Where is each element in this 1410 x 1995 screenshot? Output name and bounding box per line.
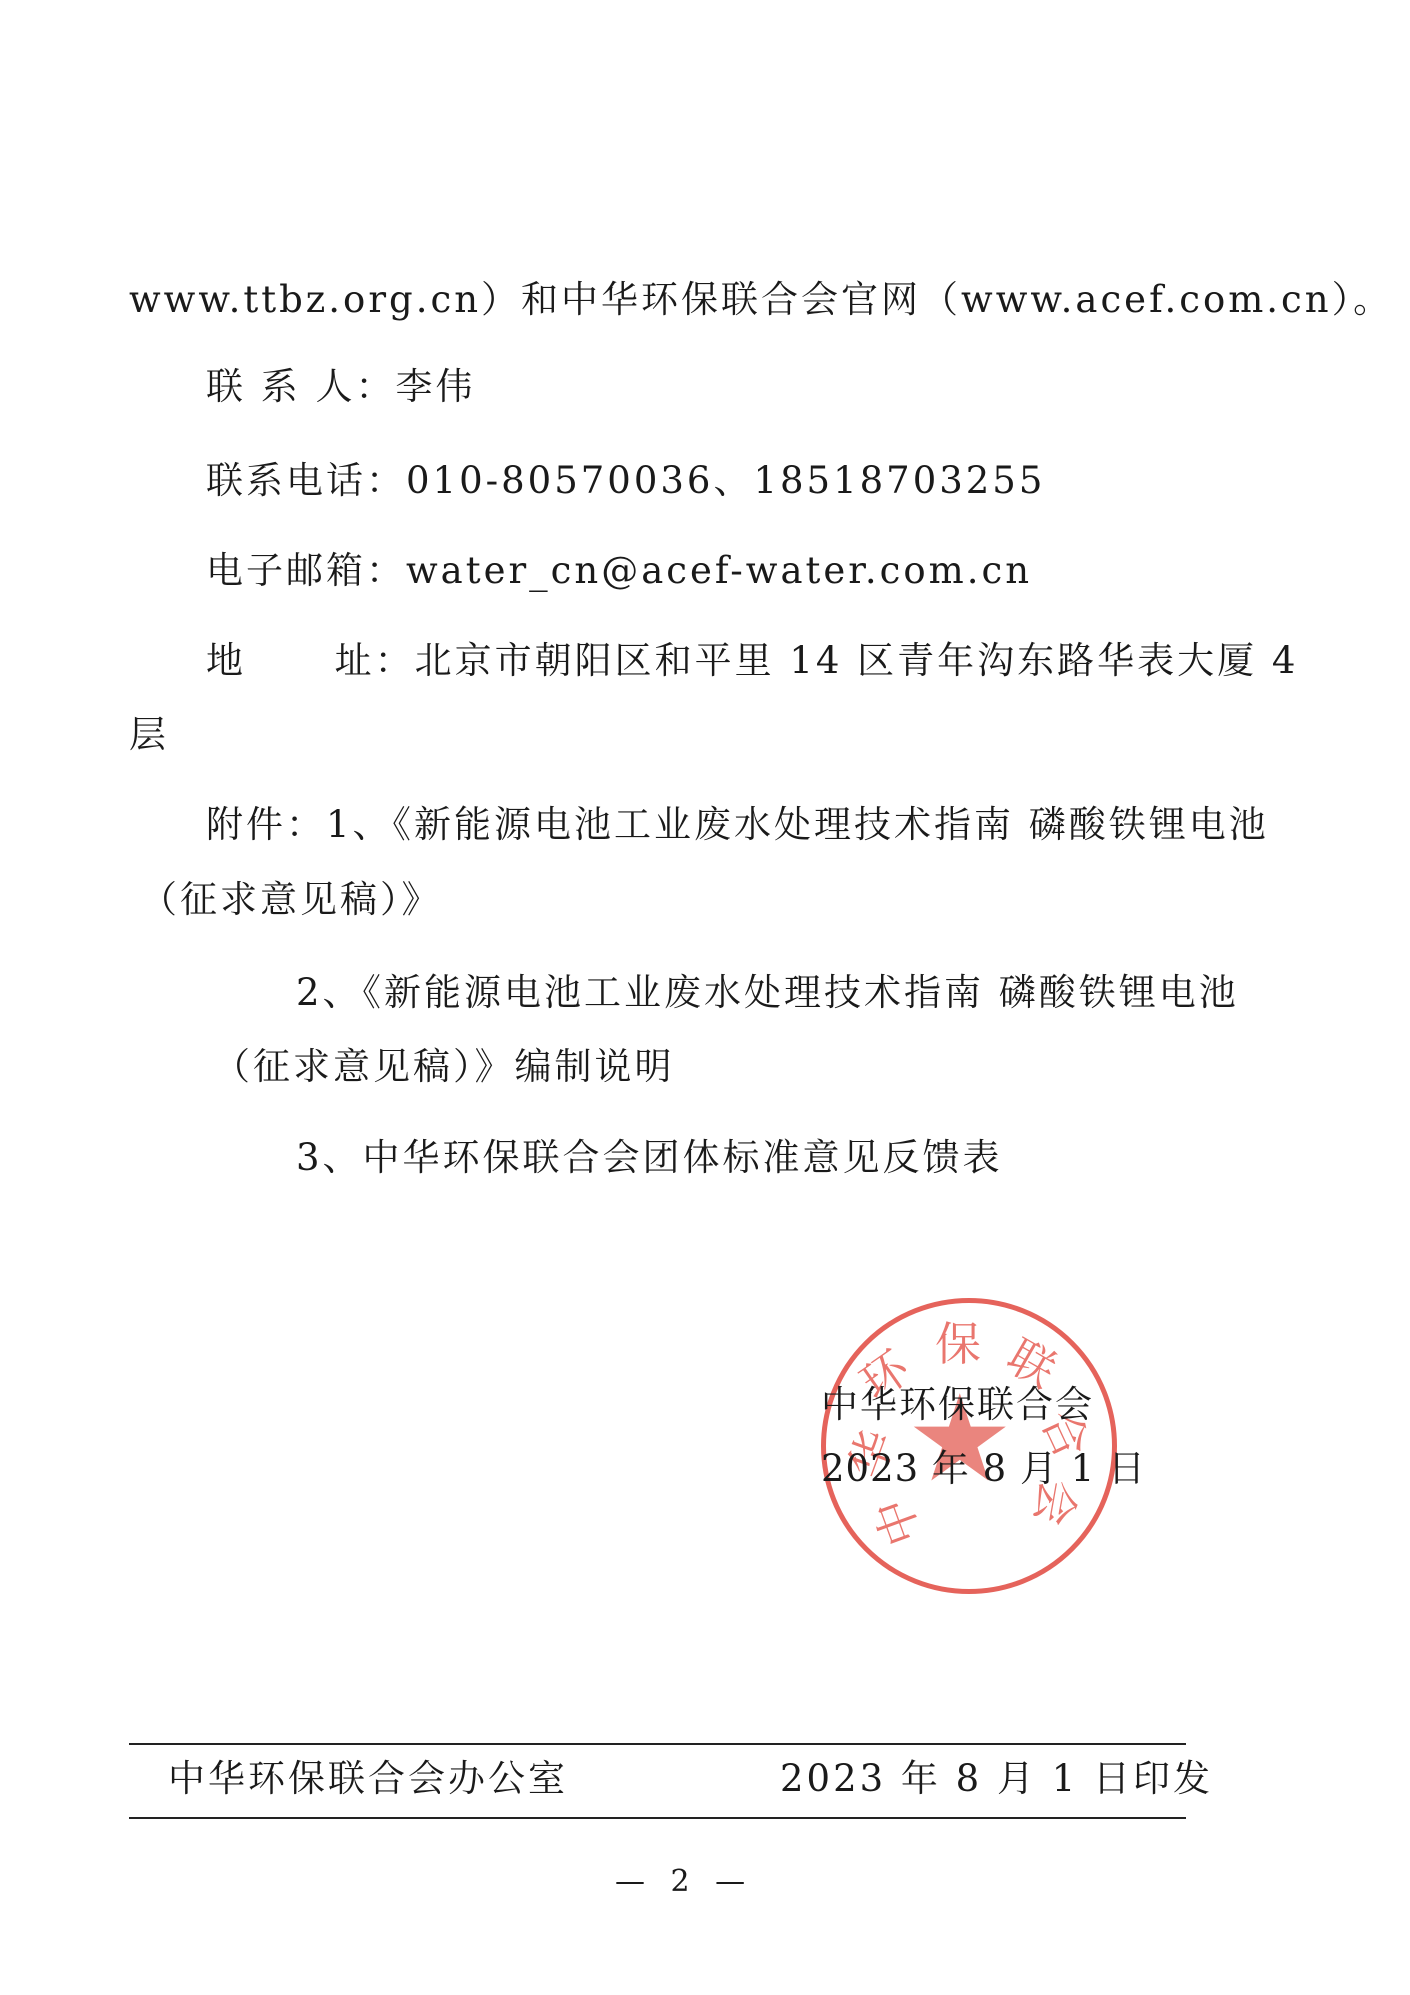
contact-phone: 联系电话：010-80570036、18518703255 [206,459,1045,503]
signature-date: 2023 年 8 月 1 日 [821,1447,1146,1491]
footer-bottom-rule [129,1817,1186,1819]
contact-email: 电子邮箱：water_cn@acef-water.com.cn [206,549,1032,593]
contact-person: 联 系 人：李伟 [206,365,476,409]
attachment-1-continued: （征求意见稿）》 [140,878,442,922]
attachment-1: 附件：1、《新能源电池工业废水处理技术指南 磷酸铁锂电池 [206,803,1269,847]
footer-issue-date: 2023 年 8 月 1 日印发 [780,1757,1213,1801]
footer-issuer: 中华环保联合会办公室 [168,1757,568,1801]
body-line-websites: www.ttbz.org.cn）和中华环保联合会官网（www.acef.com.… [129,278,1393,322]
contact-address-continued: 层 [129,713,169,757]
footer-top-rule [129,1743,1186,1745]
attachment-3: 3、中华环保联合会团体标准意见反馈表 [296,1136,1003,1180]
attachment-2: 2、《新能源电池工业废水处理技术指南 磷酸铁锂电池 [296,971,1239,1015]
contact-address: 地 址：北京市朝阳区和平里 14 区青年沟东路华表大厦 4 [206,639,1298,683]
page-number: — 2 — [615,1864,753,1899]
signature-organization: 中华环保联合会 [821,1383,1094,1427]
attachment-2-continued: （征求意见稿）》编制说明 [213,1045,675,1089]
seal-char: 保 [935,1308,981,1374]
